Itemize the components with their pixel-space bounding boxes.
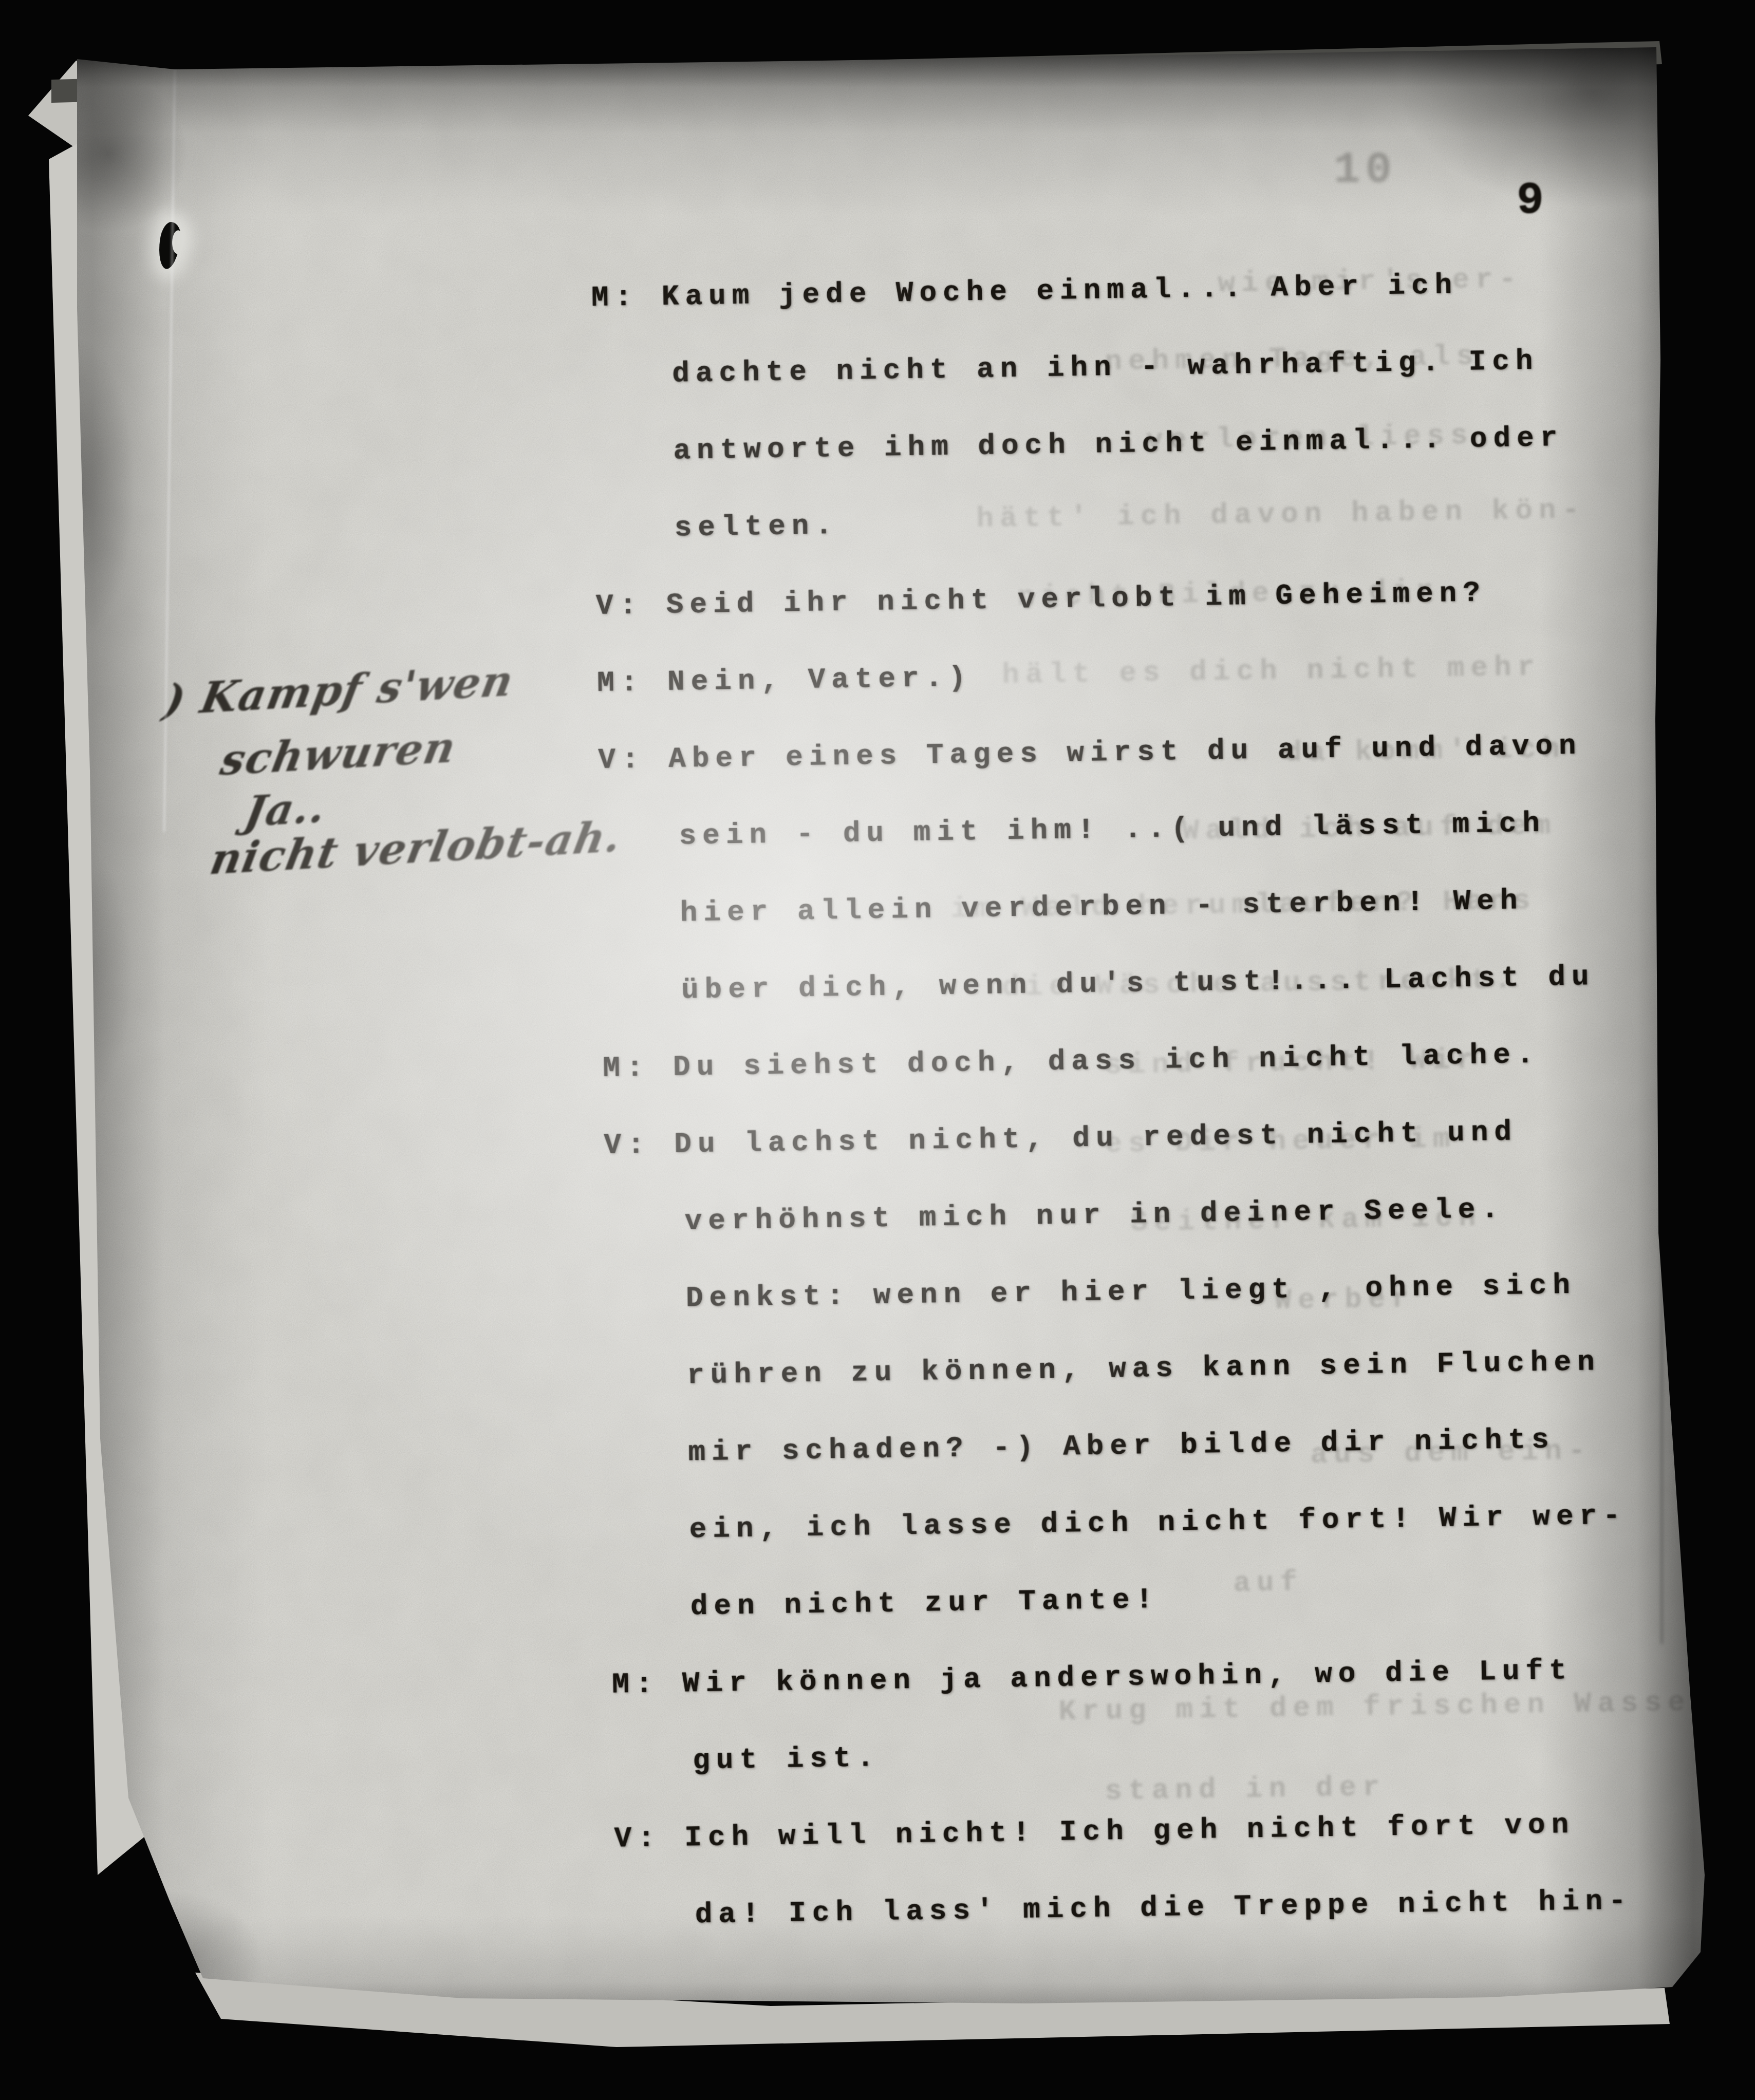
typed-line: den nicht zur Tante! [610,1554,1628,1646]
typed-line: gut ist. [612,1708,1630,1800]
typed-line: antworte ihm doch nicht einmal... oder [593,399,1611,491]
right-edge-highlight [1660,1182,1663,1644]
typed-line: V: Du lachst nicht, du redest nicht und [603,1092,1621,1184]
typed-line: rühren zu können, was kann sein Fluchen [607,1323,1625,1415]
typed-line: da! Ich lass' mich die Treppe nicht hin- [615,1862,1633,1954]
typed-line: V: Aber eines Tages wirst du auf und dav… [598,707,1615,799]
typed-line: M: Nein, Vater.) [596,630,1614,722]
scanned-document-photo: wie mir's er-nehmen Tage, alsverloren li… [0,0,1755,2100]
typed-line: V: Seid ihr nicht verlobt im Geheimen? [595,553,1613,645]
typed-line: verhöhnst mich nur in deiner Seele. [605,1169,1622,1261]
typed-line: M: Kaum jede Woche einmal... Aber ich [591,245,1609,336]
typed-line: selten. [594,476,1612,568]
typed-line: hier allein verderben - sterben! Weh [600,861,1618,953]
typed-line: sein - du mit ihm! ..( und lässt mich [599,784,1617,876]
typed-line: M: Wir können ja anderswohin, wo die Luf… [611,1631,1629,1723]
typed-line: M: Du siehst doch, dass ich nicht lache. [602,1015,1620,1107]
typed-line: ein, ich lasse dich nicht fort! Wir wer- [609,1477,1627,1569]
typed-line: über dich, wenn du's tust!... Lachst du [601,938,1619,1029]
typed-line: Denkst: wenn er hier liegt , ohne sich [606,1246,1623,1338]
typed-dialogue-block: M: Kaum jede Woche einmal... Aber ichdac… [591,245,1633,1955]
typescript-page: wie mir's er-nehmen Tage, alsverloren li… [0,0,1755,2100]
page-number: 9 [1517,176,1544,227]
typed-line: dachte nicht an ihn - wahrhaftig. Ich [592,322,1610,414]
bleed-through-page-number: 10 [1334,145,1397,195]
typed-line: V: Ich will nicht! Ich geh nicht fort vo… [614,1785,1632,1877]
typed-line: mir schaden? -) Aber bilde dir nichts [608,1400,1626,1492]
